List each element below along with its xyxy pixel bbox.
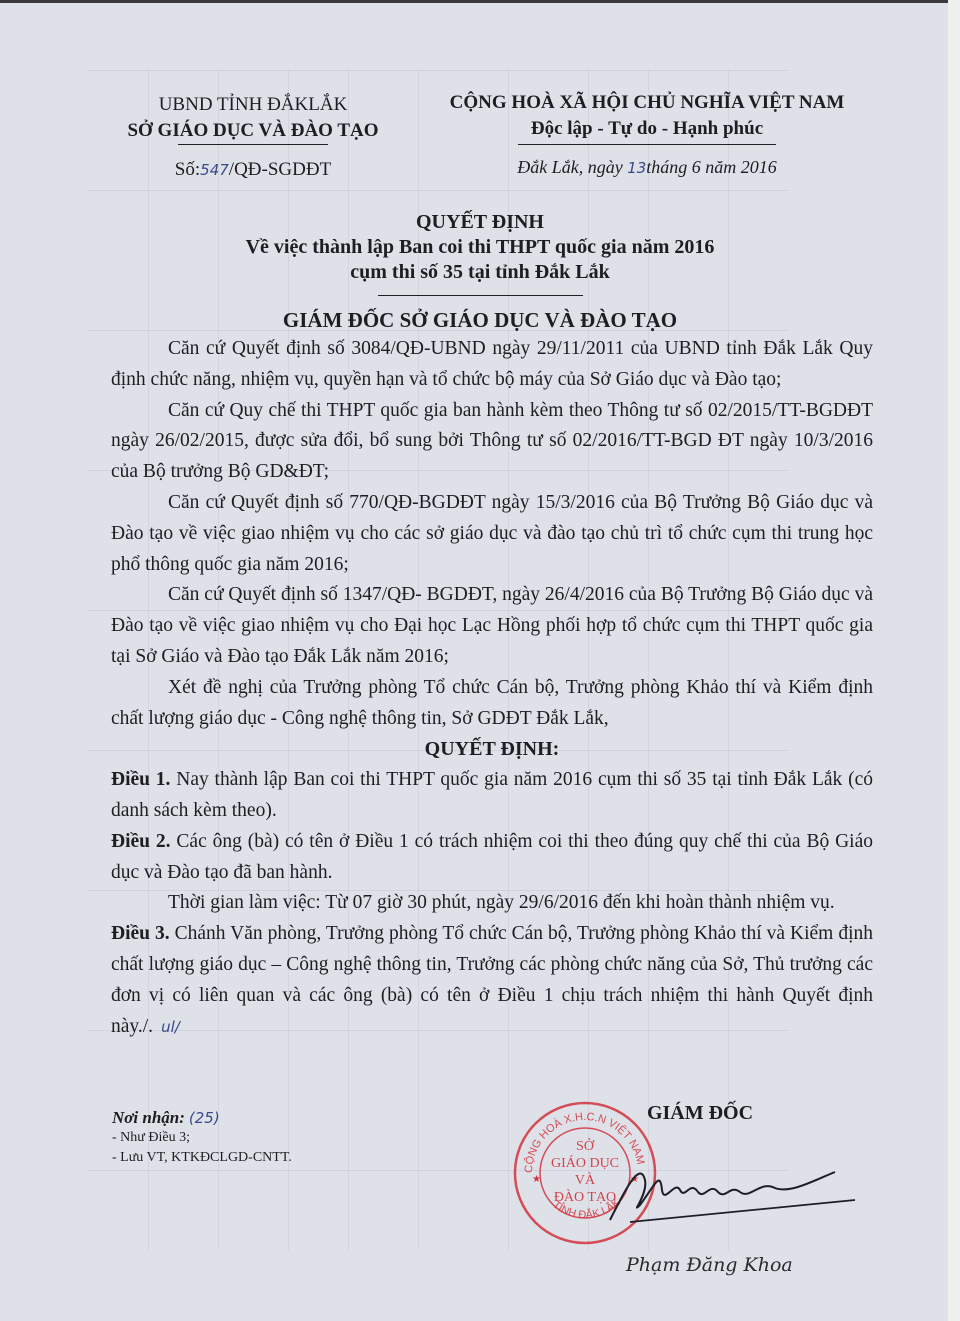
- article-text: Các ông (bà) có tên ở Điều 1 có trách nh…: [111, 831, 873, 883]
- date-day-handwritten: 13: [627, 159, 646, 177]
- national-motto: Độc lập - Tự do - Hạnh phúc: [412, 116, 882, 142]
- document-title-block: QUYẾT ĐỊNH Về việc thành lập Ban coi thi…: [200, 210, 760, 333]
- number-suffix: /QĐ-SGDĐT: [229, 159, 331, 180]
- article-label: Điều 3.: [111, 923, 170, 944]
- issuing-authority-block: UBND TỈNH ĐẮKLẮK SỞ GIÁO DỤC VÀ ĐÀO TẠO …: [108, 92, 398, 181]
- article-label: Điều 1.: [111, 769, 170, 790]
- working-time: Thời gian làm việc: Từ 07 giờ 30 phút, n…: [111, 888, 873, 919]
- authority-name: UBND TỈNH ĐẮKLẮK: [108, 92, 398, 118]
- article-text: Nay thành lập Ban coi thi THPT quốc gia …: [111, 769, 873, 821]
- initials-mark: ul/: [161, 1018, 180, 1036]
- article-label: Điều 2.: [111, 831, 171, 852]
- preamble-paragraph: Căn cứ Quyết định số 3084/QĐ-UBND ngày 2…: [111, 334, 873, 396]
- department-name: SỞ GIÁO DỤC VÀ ĐÀO TẠO: [108, 118, 398, 144]
- recipient-item: - Lưu VT, KTKĐCLGD-CNTT.: [112, 1148, 432, 1168]
- issuer-title: GIÁM ĐỐC SỞ GIÁO DỤC VÀ ĐÀO TẠO: [200, 308, 760, 333]
- svg-text:VÀ: VÀ: [575, 1171, 596, 1188]
- signature-block: GIÁM ĐỐC Phạm Đăng Khoa: [560, 1102, 800, 1125]
- date-suffix: tháng 6 năm 2016: [646, 157, 777, 177]
- issue-date: Đắk Lắk, ngày 13tháng 6 năm 2016: [412, 157, 882, 178]
- document-body: Căn cứ Quyết định số 3084/QĐ-UBND ngày 2…: [111, 334, 873, 1042]
- department-underline: [178, 144, 328, 145]
- preamble-paragraph: Căn cứ Quyết định số 770/QĐ-BGDĐT ngày 1…: [111, 488, 873, 580]
- subject-line-1: Về việc thành lập Ban coi thi THPT quốc …: [200, 235, 760, 260]
- svg-text:★: ★: [532, 1174, 541, 1185]
- article-1: Điều 1. Nay thành lập Ban coi thi THPT q…: [111, 765, 873, 827]
- signer-name: Phạm Đăng Khoa: [626, 1254, 793, 1276]
- nation-name: CỘNG HOÀ XÃ HỘI CHỦ NGHĨA VIỆT NAM: [412, 90, 882, 116]
- preamble-paragraph: Xét đề nghị của Trưởng phòng Tổ chức Cán…: [111, 673, 873, 735]
- title-underline: [378, 295, 583, 296]
- preamble-paragraph: Căn cứ Quyết định số 1347/QĐ- BGDĐT, ngà…: [111, 580, 873, 672]
- decision-document: UBND TỈNH ĐẮKLẮK SỞ GIÁO DỤC VÀ ĐÀO TẠO …: [0, 0, 960, 1321]
- document-type: QUYẾT ĐỊNH: [200, 210, 760, 235]
- recipients-block: Nơi nhận: (25) - Như Điều 3; - Lưu VT, K…: [112, 1108, 432, 1168]
- national-header-block: CỘNG HOÀ XÃ HỘI CHỦ NGHĨA VIỆT NAM Độc l…: [412, 90, 882, 178]
- recipients-label: Nơi nhận:: [112, 1108, 185, 1127]
- document-number: Số:547/QĐ-SGDĐT: [108, 159, 398, 181]
- article-text: Chánh Văn phòng, Trưởng phòng Tổ chức Cá…: [111, 923, 873, 1036]
- number-prefix: Số:: [175, 159, 200, 180]
- article-3: Điều 3. Chánh Văn phòng, Trưởng phòng Tổ…: [111, 919, 873, 1042]
- svg-text:SỞ: SỞ: [576, 1137, 595, 1154]
- number-handwritten: 547: [200, 161, 229, 179]
- date-prefix: Đắk Lắk, ngày: [517, 157, 627, 177]
- handwritten-signature: [600, 1150, 860, 1230]
- subject-line-2: cụm thi số 35 tại tỉnh Đắk Lắk: [200, 260, 760, 285]
- preamble-paragraph: Căn cứ Quy chế thi THPT quốc gia ban hàn…: [111, 396, 873, 488]
- recipient-item: - Như Điều 3;: [112, 1128, 432, 1148]
- signer-role: GIÁM ĐỐC: [600, 1102, 800, 1125]
- recipients-count: (25): [189, 1109, 220, 1127]
- article-2: Điều 2. Các ông (bà) có tên ở Điều 1 có …: [111, 827, 873, 889]
- motto-underline: [518, 144, 776, 145]
- decision-heading: QUYẾT ĐỊNH:: [111, 734, 873, 765]
